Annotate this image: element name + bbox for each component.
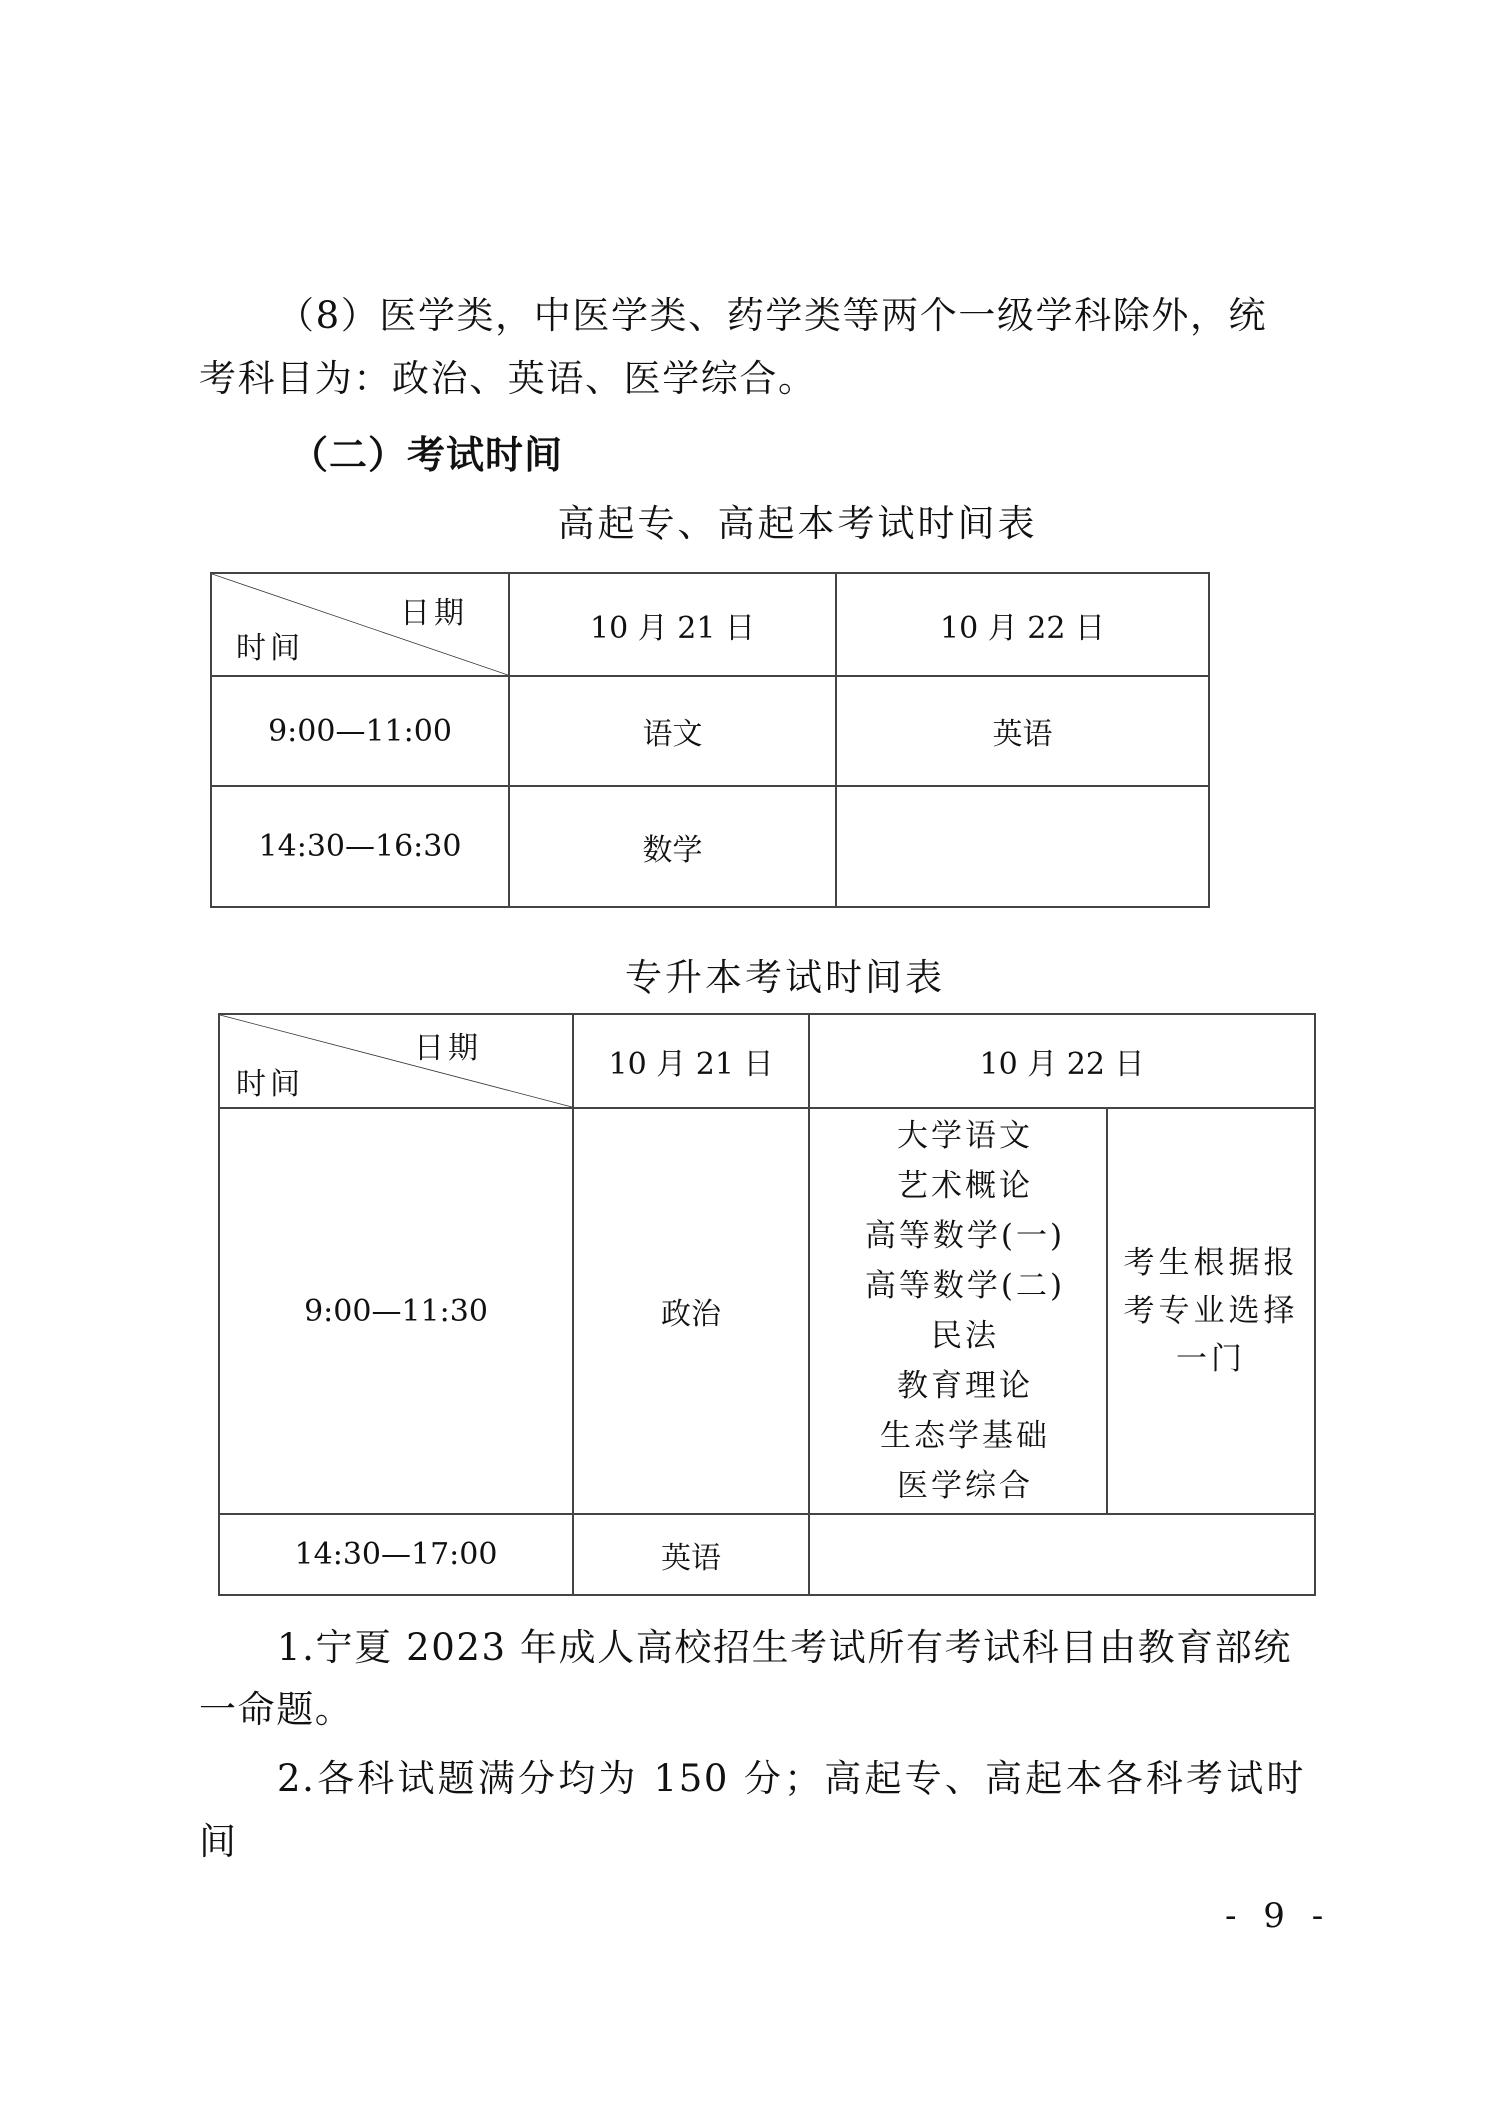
table1-corner-cell: 日期 时间 bbox=[211, 573, 509, 676]
table1-header-row: 日期 时间 10 月 21 日 10 月 22 日 bbox=[211, 573, 1209, 676]
table2-time-slot: 14:30—17:00 bbox=[219, 1514, 573, 1595]
table2-elective-subjects: 大学语文 艺术概论 高等数学(一) 高等数学(二) 民法 教育理论 生态学基础 … bbox=[809, 1108, 1107, 1514]
table2-subject bbox=[809, 1514, 1315, 1595]
table-row: 14:30—17:00 英语 bbox=[219, 1514, 1315, 1595]
corner-date-label: 日期 bbox=[414, 1023, 482, 1067]
note-line: 考生根据报 bbox=[1108, 1239, 1314, 1287]
table1-caption: 高起专、高起本考试时间表 bbox=[520, 493, 1075, 547]
subject-item: 医学综合 bbox=[824, 1461, 1106, 1511]
table1-time-slot: 9:00—11:00 bbox=[211, 676, 509, 786]
subject-item: 大学语文 bbox=[824, 1111, 1106, 1161]
paragraph-item-8-line-1: （8）医学类，中医学类、药学类等两个一级学科除外，统 bbox=[199, 284, 1305, 347]
table2-date-oct21: 10 月 21 日 bbox=[573, 1014, 809, 1108]
table1-subject: 英语 bbox=[836, 676, 1209, 786]
table1-date-oct22: 10 月 22 日 bbox=[836, 573, 1209, 676]
note-1-line-2: 一命题。 bbox=[199, 1678, 1305, 1741]
section-heading: （二）考试时间 bbox=[290, 424, 563, 479]
table2-header-row: 日期 时间 10 月 21 日 10 月 22 日 bbox=[219, 1014, 1315, 1108]
table2-time-slot: 9:00—11:30 bbox=[219, 1108, 573, 1514]
table-row: 9:00—11:30 政治 大学语文 艺术概论 高等数学(一) 高等数学(二) … bbox=[219, 1108, 1315, 1514]
corner-time-label: 时间 bbox=[236, 1059, 304, 1103]
note-2-line-1: 2.各科试题满分均为 150 分；高起专、高起本各科考试时间 bbox=[199, 1747, 1305, 1873]
table1-subject bbox=[836, 786, 1209, 907]
note-1-line-1: 1.宁夏 2023 年成人高校招生考试所有考试科目由教育部统 bbox=[199, 1616, 1305, 1679]
table1-time-slot: 14:30—16:30 bbox=[211, 786, 509, 907]
subject-item: 民法 bbox=[824, 1311, 1106, 1361]
subject-item: 生态学基础 bbox=[824, 1411, 1106, 1461]
table2-selection-note: 考生根据报 考专业选择 一门 bbox=[1107, 1108, 1315, 1514]
table2-corner-cell: 日期 时间 bbox=[219, 1014, 573, 1108]
note-line: 一门 bbox=[1108, 1335, 1314, 1383]
subject-item: 艺术概论 bbox=[824, 1161, 1106, 1211]
table-row: 9:00—11:00 语文 英语 bbox=[211, 676, 1209, 786]
note-line: 考专业选择 bbox=[1108, 1287, 1314, 1335]
table1-subject: 语文 bbox=[509, 676, 836, 786]
subject-item: 教育理论 bbox=[824, 1361, 1106, 1411]
table-row: 14:30—16:30 数学 bbox=[211, 786, 1209, 907]
subject-item: 高等数学(一) bbox=[824, 1211, 1106, 1261]
table1-schedule: 日期 时间 10 月 21 日 10 月 22 日 9:00—11:00 语文 … bbox=[210, 572, 1210, 908]
table1-date-oct21: 10 月 21 日 bbox=[509, 573, 836, 676]
table1-subject: 数学 bbox=[509, 786, 836, 907]
page-number: - 9 - bbox=[1225, 1896, 1331, 1936]
table2-subject: 政治 bbox=[573, 1108, 809, 1514]
table2-date-oct22: 10 月 22 日 bbox=[809, 1014, 1315, 1108]
table2-caption: 专升本考试时间表 bbox=[600, 947, 970, 1001]
table2-subject: 英语 bbox=[573, 1514, 809, 1595]
corner-date-label: 日期 bbox=[400, 588, 468, 632]
subject-item: 高等数学(二) bbox=[824, 1261, 1106, 1311]
corner-time-label: 时间 bbox=[236, 623, 304, 667]
table2-schedule: 日期 时间 10 月 21 日 10 月 22 日 9:00—11:30 政治 … bbox=[218, 1013, 1316, 1596]
paragraph-item-8-line-2: 考科目为：政治、英语、医学综合。 bbox=[199, 347, 1305, 410]
